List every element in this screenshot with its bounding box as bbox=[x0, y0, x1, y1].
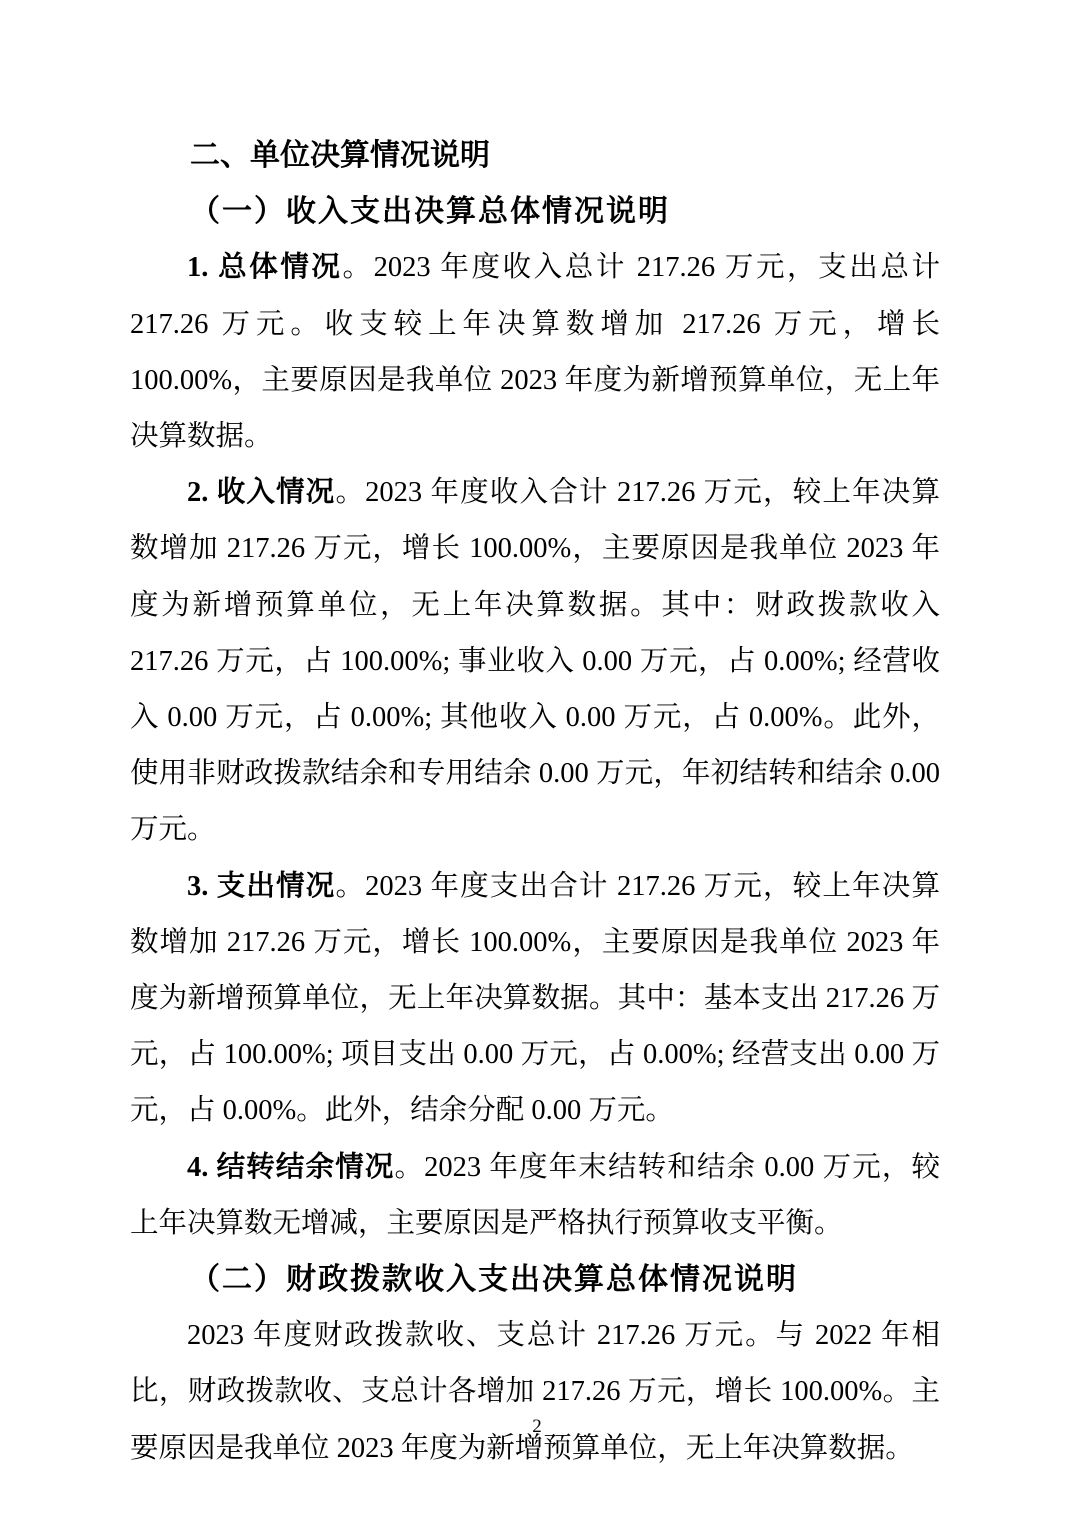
paragraph-fiscal-appropriation: 2023 年度财政拨款收、支总计 217.26 万元。与 2022 年相比，财政… bbox=[130, 1308, 940, 1477]
paragraph-text: 。2023 年度收入合计 217.26 万元，较上年决算数增加 217.26 万… bbox=[130, 477, 940, 845]
paragraph-overall-situation: 1. 总体情况。2023 年度收入总计 217.26 万元，支出总计 217.2… bbox=[130, 240, 940, 465]
paragraph-label: 2. 收入情况 bbox=[187, 477, 335, 508]
section-heading: 二、单位决算情况说明 bbox=[130, 128, 940, 184]
subsection-heading-fiscal-appropriation: （二）财政拨款收入支出决算总体情况说明 bbox=[130, 1252, 940, 1308]
paragraph-label: 3. 支出情况 bbox=[187, 871, 335, 902]
paragraph-text: 。2023 年度支出合计 217.26 万元，较上年决算数增加 217.26 万… bbox=[130, 871, 940, 1127]
subsection-heading-income-expenditure: （一）收入支出决算总体情况说明 bbox=[130, 184, 940, 240]
paragraph-text: 2023 年度财政拨款收、支总计 217.26 万元。与 2022 年相比，财政… bbox=[130, 1320, 940, 1463]
paragraph-expenditure-situation: 3. 支出情况。2023 年度支出合计 217.26 万元，较上年决算数增加 2… bbox=[130, 859, 940, 1140]
paragraph-income-situation: 2. 收入情况。2023 年度收入合计 217.26 万元，较上年决算数增加 2… bbox=[130, 465, 940, 858]
paragraph-label: 1. 总体情况 bbox=[187, 252, 343, 283]
paragraph-label: 4. 结转结余情况 bbox=[187, 1152, 394, 1183]
paragraph-carryover-balance: 4. 结转结余情况。2023 年度年末结转和结余 0.00 万元，较上年决算数无… bbox=[130, 1140, 940, 1252]
document-page: 二、单位决算情况说明 （一）收入支出决算总体情况说明 1. 总体情况。2023 … bbox=[0, 0, 1074, 1520]
page-number: 2 bbox=[0, 1413, 1074, 1441]
